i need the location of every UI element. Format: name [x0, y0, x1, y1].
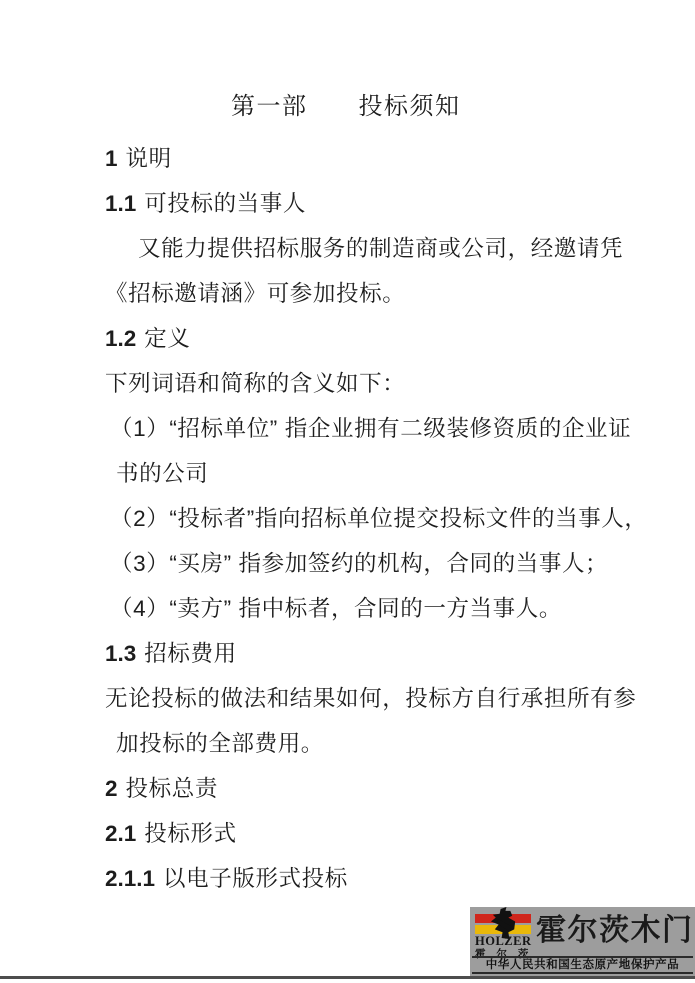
doc-line: （1）“招标单位” 指企业拥有二级装修资质的企业证 [105, 413, 635, 458]
doc-line: 加投标的全部费用。 [105, 728, 635, 773]
clause-number: 2.1 [105, 821, 136, 846]
line-text: 无论投标的做法和结果如何，投标方自行承担所有参 [105, 686, 636, 711]
line-text: 可投标的当事人 [144, 191, 306, 216]
doc-line: 2.1投标形式 [105, 818, 635, 863]
clause-number: 1.1 [105, 191, 136, 216]
brand-logo-mark: HOLZER 霍 尔 茨 [475, 910, 533, 960]
doc-line: 2.1.1以电子版形式投标 [105, 863, 635, 908]
brand-logo: HOLZER 霍 尔 茨 霍尔茨木门 中华人民共和国生态原产地保护产品 [470, 907, 695, 976]
line-text: 加投标的全部费用。 [116, 731, 324, 756]
doc-line: （4）“卖方” 指中标者，合同的一方当事人。 [105, 593, 635, 638]
doc-line: 1.2定义 [105, 323, 635, 368]
certification-banner: 中华人民共和国生态原产地保护产品 [472, 956, 693, 974]
doc-line: 书的公司 [105, 458, 635, 503]
line-text: （3）“买房” 指参加签约的机构，合同的当事人； [110, 551, 608, 576]
doc-line: （3）“买房” 指参加签约的机构，合同的当事人； [105, 548, 635, 593]
clause-number: 1.3 [105, 641, 136, 666]
clause-number: 2.1.1 [105, 866, 155, 891]
doc-line: 《招标邀请涵》可参加投标。 [105, 278, 635, 323]
line-text: 下列词语和简称的含义如下： [105, 371, 405, 396]
page-title: 第一部 投标须知 [105, 90, 635, 143]
clause-number: 2 [105, 776, 118, 801]
line-text: 投标形式 [144, 821, 236, 846]
woodpecker-logo-icon [488, 907, 521, 940]
line-text: 投标总责 [126, 776, 218, 801]
line-text: 《招标邀请涵》可参加投标。 [105, 281, 405, 306]
doc-line: 1说明 [105, 143, 635, 188]
line-text: 书的公司 [116, 461, 208, 486]
line-text: 定义 [144, 326, 190, 351]
doc-line: 1.1可投标的当事人 [105, 188, 635, 233]
line-text: （2）“投标者”指向招标单位提交投标文件的当事人， [110, 506, 648, 531]
doc-line: 又能力提供招标服务的制造商或公司，经邀请凭 [105, 233, 635, 278]
line-text: 说明 [126, 146, 172, 171]
doc-line: 1.3招标费用 [105, 638, 635, 683]
document-page: 第一部 投标须知 1说明 1.1可投标的当事人 又能力提供招标服务的制造商或公司… [105, 90, 635, 908]
footer-rule [0, 976, 695, 979]
brand-logo-main: HOLZER 霍 尔 茨 霍尔茨木门 [470, 907, 695, 957]
doc-line: （2）“投标者”指向招标单位提交投标文件的当事人， [105, 503, 635, 548]
doc-line: 下列词语和简称的含义如下： [105, 368, 635, 413]
clause-number: 1 [105, 146, 118, 171]
line-text: 招标费用 [144, 641, 236, 666]
clause-number: 1.2 [105, 326, 136, 351]
doc-line: 无论投标的做法和结果如何，投标方自行承担所有参 [105, 683, 635, 728]
brand-title: 霍尔茨木门 [533, 910, 694, 952]
line-text: （4）“卖方” 指中标者，合同的一方当事人。 [110, 596, 562, 621]
line-text: 又能力提供招标服务的制造商或公司，经邀请凭 [138, 236, 623, 261]
doc-line: 2投标总责 [105, 773, 635, 818]
line-text: （1）“招标单位” 指企业拥有二级装修资质的企业证 [110, 416, 631, 441]
line-text: 以电子版形式投标 [163, 866, 348, 891]
